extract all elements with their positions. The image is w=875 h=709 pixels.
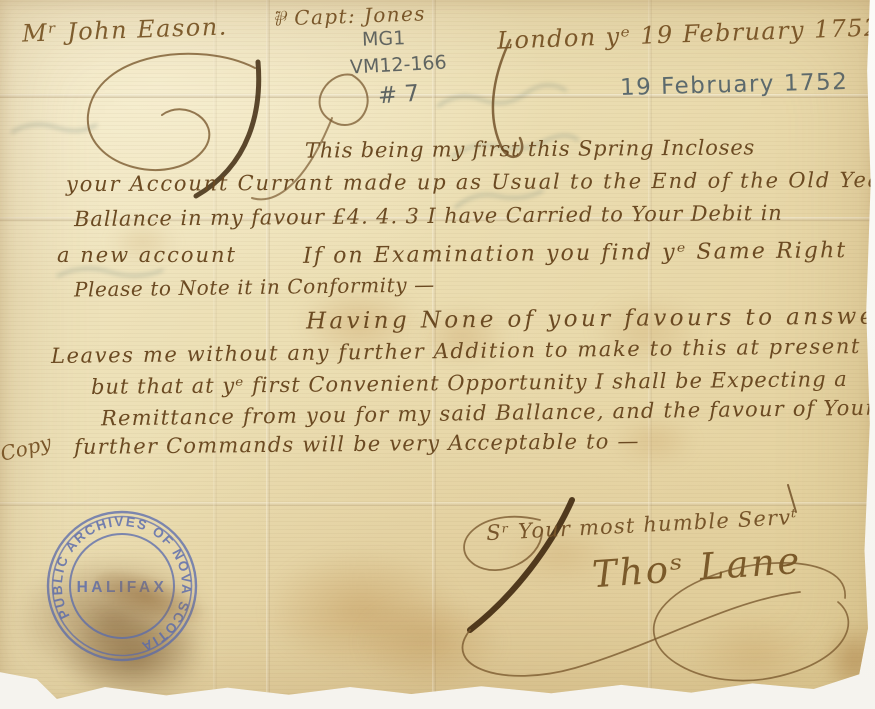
- body-line: This being my first this Spring Incloses: [305, 135, 755, 162]
- copy-label: Copy: [0, 430, 54, 466]
- body-line: a new account: [57, 243, 237, 267]
- signature: Thoˢ Lane: [591, 539, 803, 597]
- addressee: Mʳ John Eason.: [22, 12, 229, 47]
- body-line: further Commands will be very Acceptable…: [74, 429, 640, 459]
- body-line: Leaves me without any further Addition t…: [51, 334, 861, 368]
- archive-reference: MG1: [362, 27, 406, 50]
- body-line: Having None of your favours to answer: [306, 303, 875, 334]
- body-line: Ballance in my favour £4. 4. 3 I have Ca…: [74, 201, 783, 231]
- body-line: Please to Note it in Conformity —: [74, 272, 435, 301]
- stain: [822, 622, 875, 697]
- paper-sheet: Mʳ John Eason. ⅌ Capt: Jones London yᵉ 1…: [0, 0, 875, 706]
- body-line: your Account Currant made up as Usual to…: [66, 168, 875, 196]
- body-line: but that at yᵉ first Convenient Opportun…: [91, 367, 848, 399]
- archive-reference: # 7: [377, 81, 420, 110]
- dateline: London yᵉ 19 February 1752: [497, 13, 875, 54]
- stain: [690, 612, 820, 697]
- closing-salutation: Sʳ Your most humble Servᵗ: [486, 505, 799, 545]
- scanned-letter-page: Mʳ John Eason. ⅌ Capt: Jones London yᵉ 1…: [0, 0, 875, 709]
- stain: [355, 595, 505, 690]
- body-line: If on Examination you find yᵉ Same Right: [303, 238, 847, 269]
